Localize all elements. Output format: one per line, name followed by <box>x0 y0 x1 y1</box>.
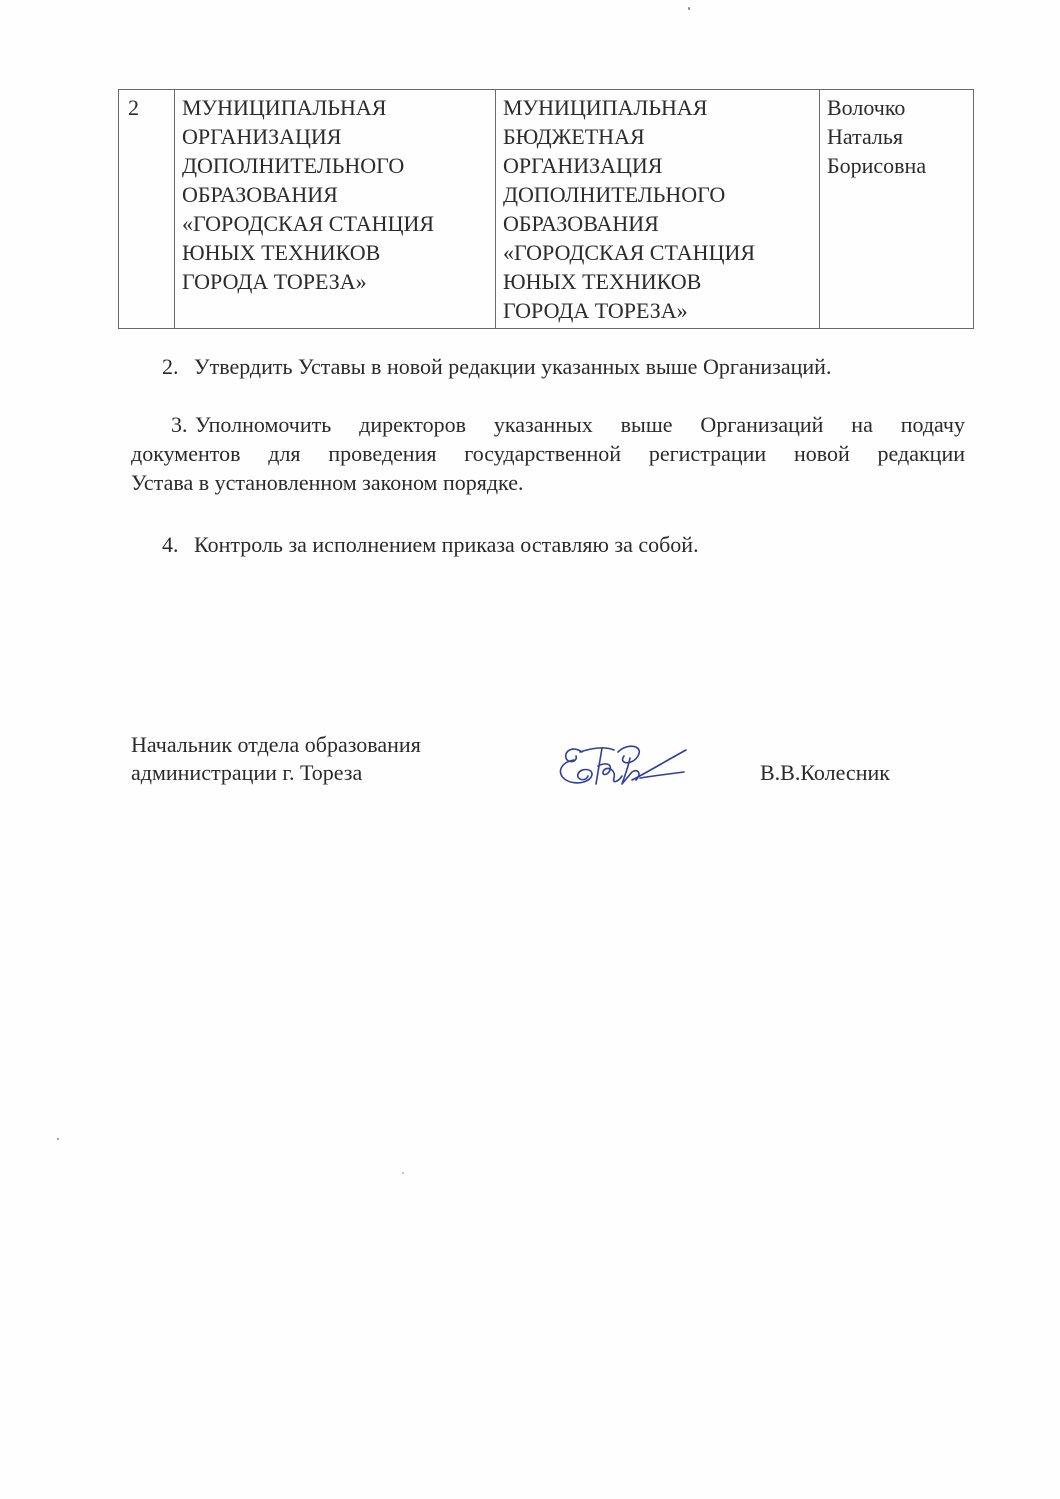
head-name-line: Борисовна <box>827 151 967 180</box>
old-name-line: ГОРОДА ТОРЕЗА» <box>182 267 489 296</box>
new-name-cell: МУНИЦИПАЛЬНАЯ БЮДЖЕТНАЯ ОРГАНИЗАЦИЯ ДОПО… <box>496 90 820 329</box>
new-name-line: ГОРОДА ТОРЕЗА» <box>503 296 813 325</box>
paragraph-2: 2.Утвердить Уставы в новой редакции указ… <box>131 352 965 381</box>
paragraph-number: 3. <box>171 410 195 439</box>
handwritten-signature-icon <box>552 738 692 794</box>
old-name-line: «ГОРОДСКАЯ СТАНЦИЯ <box>182 209 489 238</box>
signatory-name: В.В.Колесник <box>760 759 890 787</box>
paragraph-text: Уполномочить директоров указанных выше О… <box>195 412 965 437</box>
head-name-cell: Волочко Наталья Борисовна <box>820 90 974 329</box>
signatory-title-line: администрации г. Тореза <box>131 759 421 787</box>
paragraph-number: 4. <box>162 530 194 559</box>
head-name-line: Волочко <box>827 93 967 122</box>
paragraph-text: Утвердить Уставы в новой редакции указан… <box>194 354 831 379</box>
table-row: 2 МУНИЦИПАЛЬНАЯ ОРГАНИЗАЦИЯ ДОПОЛНИТЕЛЬН… <box>119 90 974 329</box>
new-name-line: ЮНЫХ ТЕХНИКОВ <box>503 267 813 296</box>
new-name-line: БЮДЖЕТНАЯ <box>503 122 813 151</box>
signatory-title: Начальник отдела образования администрац… <box>131 731 421 787</box>
row-number-cell: 2 <box>119 90 175 329</box>
row-number: 2 <box>128 95 139 120</box>
new-name-line: МУНИЦИПАЛЬНАЯ <box>503 93 813 122</box>
organizations-table: 2 МУНИЦИПАЛЬНАЯ ОРГАНИЗАЦИЯ ДОПОЛНИТЕЛЬН… <box>118 89 974 329</box>
old-name-line: ДОПОЛНИТЕЛЬНОГО <box>182 151 489 180</box>
document-page: 2 МУНИЦИПАЛЬНАЯ ОРГАНИЗАЦИЯ ДОПОЛНИТЕЛЬН… <box>0 0 1060 1499</box>
paragraph-number: 2. <box>162 352 194 381</box>
old-name-line: МУНИЦИПАЛЬНАЯ <box>182 93 489 122</box>
paragraph-line: документов для проведения государственно… <box>131 439 965 468</box>
old-name-line: ЮНЫХ ТЕХНИКОВ <box>182 238 489 267</box>
scan-speck <box>402 1172 404 1174</box>
scan-speck <box>57 1138 59 1140</box>
paragraph-4: 4.Контроль за исполнением приказа оставл… <box>131 530 965 559</box>
signatory-title-line: Начальник отдела образования <box>131 731 421 759</box>
old-name-line: ОРГАНИЗАЦИЯ <box>182 122 489 151</box>
new-name-line: ДОПОЛНИТЕЛЬНОГО <box>503 180 813 209</box>
new-name-line: ОБРАЗОВАНИЯ <box>503 209 813 238</box>
paragraph-3: 3.Уполномочить директоров указанных выше… <box>131 410 965 497</box>
new-name-line: «ГОРОДСКАЯ СТАНЦИЯ <box>503 238 813 267</box>
old-name-line: ОБРАЗОВАНИЯ <box>182 180 489 209</box>
paragraph-line: 3.Уполномочить директоров указанных выше… <box>131 410 965 439</box>
paragraph-line: Устава в установленном законом порядке. <box>131 468 965 497</box>
paragraph-text: Контроль за исполнением приказа оставляю… <box>194 532 699 557</box>
scan-speck <box>688 7 690 10</box>
old-name-cell: МУНИЦИПАЛЬНАЯ ОРГАНИЗАЦИЯ ДОПОЛНИТЕЛЬНОГ… <box>175 90 496 329</box>
new-name-line: ОРГАНИЗАЦИЯ <box>503 151 813 180</box>
head-name-line: Наталья <box>827 122 967 151</box>
